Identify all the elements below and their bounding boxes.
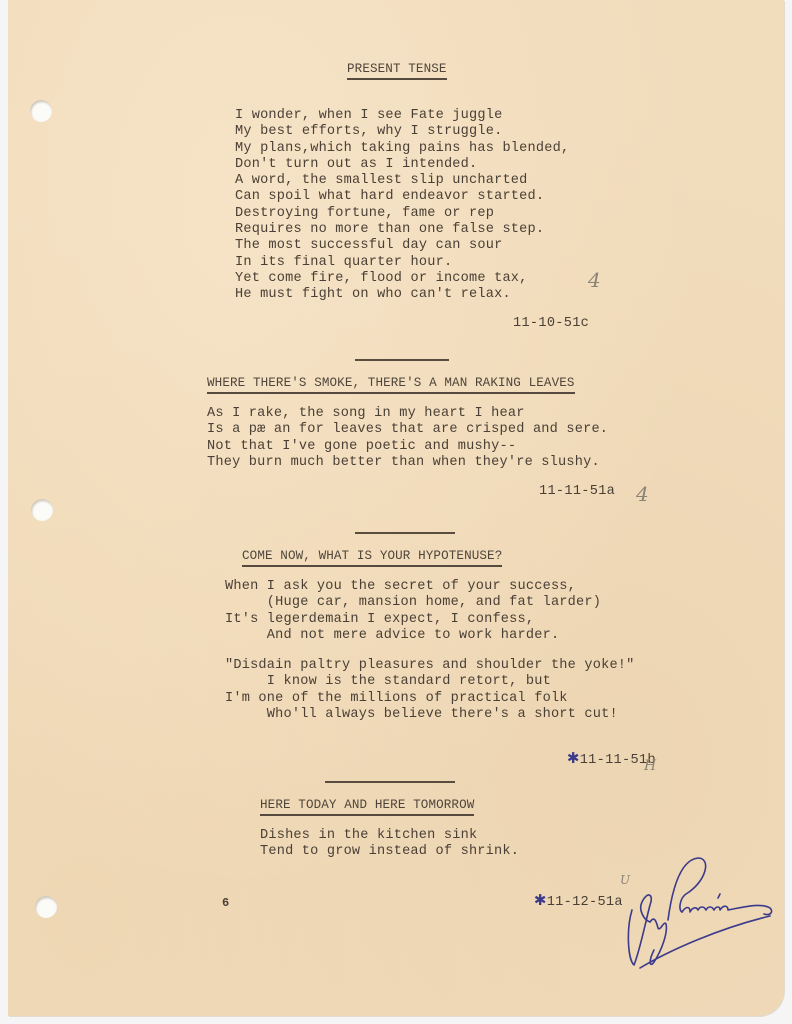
poem-title: HERE TODAY AND HERE TOMORROW — [260, 798, 474, 816]
poem-line: Destroying fortune, fame or rep — [235, 206, 569, 222]
poem-line: In its final quarter hour. — [235, 255, 569, 271]
poem-line: (Huge car, mansion home, and fat larder) — [225, 595, 635, 611]
poem-line: I know is the standard retort, but — [225, 674, 635, 690]
handwritten-mark: 4 — [588, 268, 601, 292]
poem-date: ✱11-12-51a — [500, 876, 623, 925]
poem-line: Who'll always believe there's a short cu… — [225, 707, 635, 723]
poem-line: When I ask you the secret of your succes… — [225, 579, 635, 595]
poem-date: 11-10-51c — [513, 316, 589, 331]
binder-hole — [35, 896, 57, 918]
poem-line: I wonder, when I see Fate juggle — [235, 108, 569, 124]
poem-line: My best efforts, why I struggle. — [235, 124, 569, 140]
poem-line: He must fight on who can't relax. — [235, 287, 569, 303]
poem-line: Not that I've gone poetic and mushy-- — [207, 439, 608, 455]
binder-hole — [30, 100, 52, 122]
poem-date: 11-11-51a — [539, 484, 615, 499]
poem-body: As I rake, the song in my heart I hearIs… — [207, 406, 608, 471]
section-divider — [325, 781, 455, 783]
star-mark-icon: ✱ — [567, 749, 580, 767]
poem-body: I wonder, when I see Fate juggleMy best … — [235, 108, 569, 304]
star-mark-icon: ✱ — [534, 891, 547, 909]
poem-title: WHERE THERE'S SMOKE, THERE'S A MAN RAKIN… — [207, 376, 575, 394]
poem-body: When I ask you the secret of your succes… — [225, 579, 635, 723]
binder-hole — [31, 499, 53, 521]
signature-icon — [620, 850, 780, 980]
poem-line — [225, 644, 635, 658]
poem-line: Yet come fire, flood or income tax, — [235, 271, 569, 287]
poem-line: Is a pæ an for leaves that are crisped a… — [207, 422, 608, 438]
poem-line: Can spoil what hard endeavor started. — [235, 189, 569, 205]
poem-line: I'm one of the millions of practical fol… — [225, 691, 635, 707]
poem-line: A word, the smallest slip uncharted — [235, 173, 569, 189]
poem-title: COME NOW, WHAT IS YOUR HYPOTENUSE? — [242, 549, 502, 567]
poem-title: PRESENT TENSE — [347, 62, 447, 80]
poem-body: Dishes in the kitchen sinkTend to grow i… — [260, 828, 519, 861]
handwritten-mark: 4 — [636, 482, 649, 506]
poem-line: As I rake, the song in my heart I hear — [207, 406, 608, 422]
poem-line: They burn much better than when they're … — [207, 455, 608, 471]
poem-date: ✱11-11-51b — [533, 734, 656, 783]
poem-line: It's legerdemain I expect, I confess, — [225, 612, 635, 628]
poem-line: Requires no more than one false step. — [235, 222, 569, 238]
handwritten-mark: H — [644, 758, 656, 774]
poem-line: And not mere advice to work harder. — [225, 628, 635, 644]
section-divider — [355, 359, 449, 361]
poem-line: My plans,which taking pains has blended, — [235, 141, 569, 157]
poem-line: Tend to grow instead of shrink. — [260, 844, 519, 860]
page-number: 6 — [222, 896, 229, 910]
section-divider — [355, 532, 455, 534]
typewritten-page: PRESENT TENSE I wonder, when I see Fate … — [8, 0, 784, 1016]
poem-line: Dishes in the kitchen sink — [260, 828, 519, 844]
poem-line: "Disdain paltry pleasures and shoulder t… — [225, 658, 635, 674]
poem-line: The most successful day can sour — [235, 238, 569, 254]
poem-line: Don't turn out as I intended. — [235, 157, 569, 173]
